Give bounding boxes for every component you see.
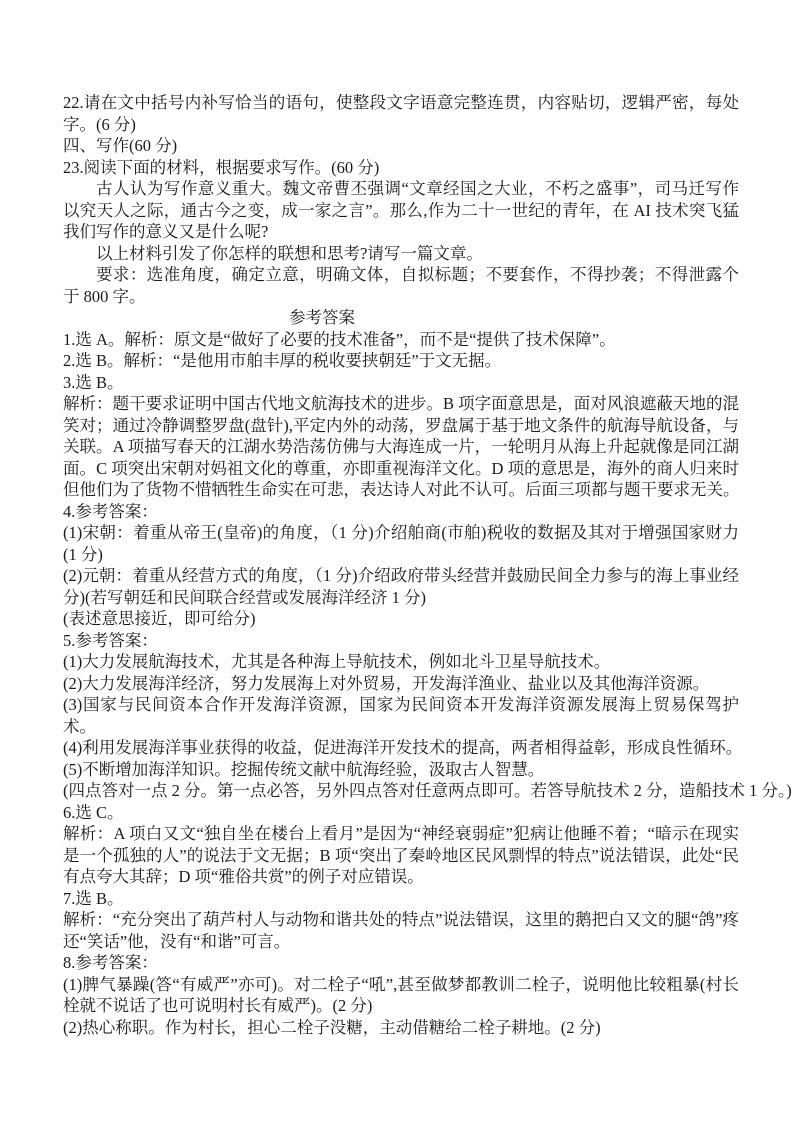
answer-line: 还“笑话”他，没有“和谐”可言。	[63, 931, 739, 953]
answer-line: (四点答对一点 2 分。第一点必答，另外四点答对任意两点即可。若答导航技术 2 …	[63, 780, 739, 802]
document-page: 22.请在文中括号内补写恰当的语句，使整段文字语意完整连贯，内容贴切，逻辑严密，…	[63, 92, 739, 1038]
question-22-text-cont: 字。(6 分)	[63, 114, 739, 136]
answer-line: (表述意思接近，即可给分)	[63, 608, 739, 630]
answer-line-q2: 2.选 B。解析：“是他用市舶丰厚的税收要挟朝廷”于文无据。	[63, 350, 739, 372]
answers-heading: 参考答案	[63, 307, 581, 329]
answer-line: 有点夸大其辞；D 项“雅俗共赏”的例子对应错误。	[63, 866, 739, 888]
answer-line-q5: 5.参考答案：	[63, 630, 739, 652]
section-heading-writing: 四、写作(60 分)	[63, 135, 739, 157]
answer-line: 但他们为了货物不惜牺牲生命实在可悲，表达诗人对此不认可。后面三项都与题干要求无关…	[63, 479, 739, 501]
answer-line: (2)元朝：着重从经营方式的角度，（1 分)介绍政府带头经营并鼓励民间全力参与的…	[63, 565, 739, 587]
question-23-requirements-line: 于 800 字。	[63, 286, 739, 308]
question-23-material-line: 古人认为写作意义重大。魏文帝曹丕强调“文章经国之大业，不朽之盛事”，司马迁写作《…	[63, 178, 739, 200]
answer-line-q4: 4.参考答案：	[63, 501, 739, 523]
answer-line: (1)宋朝：着重从帝王(皇帝)的角度，（1 分)介绍舶商(市舶)税收的数据及其对…	[63, 522, 739, 544]
answer-line: (4)利用发展海洋事业获得的收益，促进海洋开发技术的提高，两者相得益彰，形成良性…	[63, 737, 739, 759]
answer-line: (3)国家与民间资本合作开发海洋资源，国家为民间资本开发海洋资源发展海上贸易保驾…	[63, 694, 739, 716]
answer-line: 解析：A 项白又文“独自坐在楼台上看月”是因为“神经衰弱症”犯病让他睡不着；“暗…	[63, 823, 739, 845]
answer-line: 分)(若写朝廷和民间联合经营或发展海洋经济 1 分)	[63, 587, 739, 609]
question-23-prompt: 以上材料引发了你怎样的联想和思考?请写一篇文章。	[63, 243, 739, 265]
answer-line: 解析：“充分突出了葫芦村人与动物和谐共处的特点”说法错误，这里的鹅把白又文的腿“…	[63, 909, 739, 931]
answer-line-q6: 6.选 C。	[63, 802, 739, 824]
answer-line: 术。	[63, 716, 739, 738]
answer-line: (5)不断增加海洋知识。挖掘传统文献中航海经验，汲取古人智慧。	[63, 759, 739, 781]
answer-line: (1 分)	[63, 544, 739, 566]
answer-line: 笑对；通过冷静调整罗盘(盘针),平定内外的动荡，罗盘属于基于地文条件的航海导航设…	[63, 415, 739, 437]
answer-line: 是一个孤独的人”的说法于文无据；B 项“突出了秦岭地区民风剽悍的特点”说法错误，…	[63, 845, 739, 867]
question-23-material-line: 我们写作的意义又是什么呢?	[63, 221, 739, 243]
question-22-text: 22.请在文中括号内补写恰当的语句，使整段文字语意完整连贯，内容贴切，逻辑严密，…	[63, 92, 739, 114]
answer-line: (2)热心称职。作为村长，担心二栓子没糖，主动借糖给二栓子耕地。(2 分)	[63, 1017, 739, 1039]
question-23-material-line: 以究天人之际，通古今之变，成一家之言”。那么,作为二十一世纪的青年，在 AI 技…	[63, 200, 739, 222]
answer-line: 栓就不说话了也可说明村长有威严)。(2 分)	[63, 995, 739, 1017]
answer-line: 面。C 项突出宋朝对妈祖文化的尊重，亦即重视海洋文化。D 项的意思是，海外的商人…	[63, 458, 739, 480]
answer-line: (2)大力发展海洋经济，努力发展海上对外贸易，开发海洋渔业、盐业以及其他海洋资源…	[63, 673, 739, 695]
answer-line: (1)脾气暴躁(答“有威严”亦可)。对二栓子“吼”,甚至做梦都教训二栓子，说明他…	[63, 974, 739, 996]
answer-line-q3: 3.选 B。	[63, 372, 739, 394]
answer-line: 解析：题干要求证明中国古代地文航海技术的进步。B 项字面意思是，面对风浪遮蔽天地…	[63, 393, 739, 415]
answer-line: (1)大力发展航海技术，尤其是各种海上导航技术，例如北斗卫星导航技术。	[63, 651, 739, 673]
question-23-requirements-line: 要求：选准角度，确定立意，明确文体，自拟标题；不要套作，不得抄袭；不得泄露个人信…	[63, 264, 739, 286]
answer-line-q7: 7.选 B。	[63, 888, 739, 910]
answer-line-q8: 8.参考答案：	[63, 952, 739, 974]
question-23-intro: 23.阅读下面的材料，根据要求写作。(60 分)	[63, 157, 739, 179]
answer-line: 关联。A 项描写春天的江湖水势浩荡仿佛与大海连成一片，一轮明月从海上升起就像是同…	[63, 436, 739, 458]
answer-line-q1: 1.选 A。解析：原文是“做好了必要的技术准备”，而不是“提供了技术保障”。	[63, 329, 739, 351]
